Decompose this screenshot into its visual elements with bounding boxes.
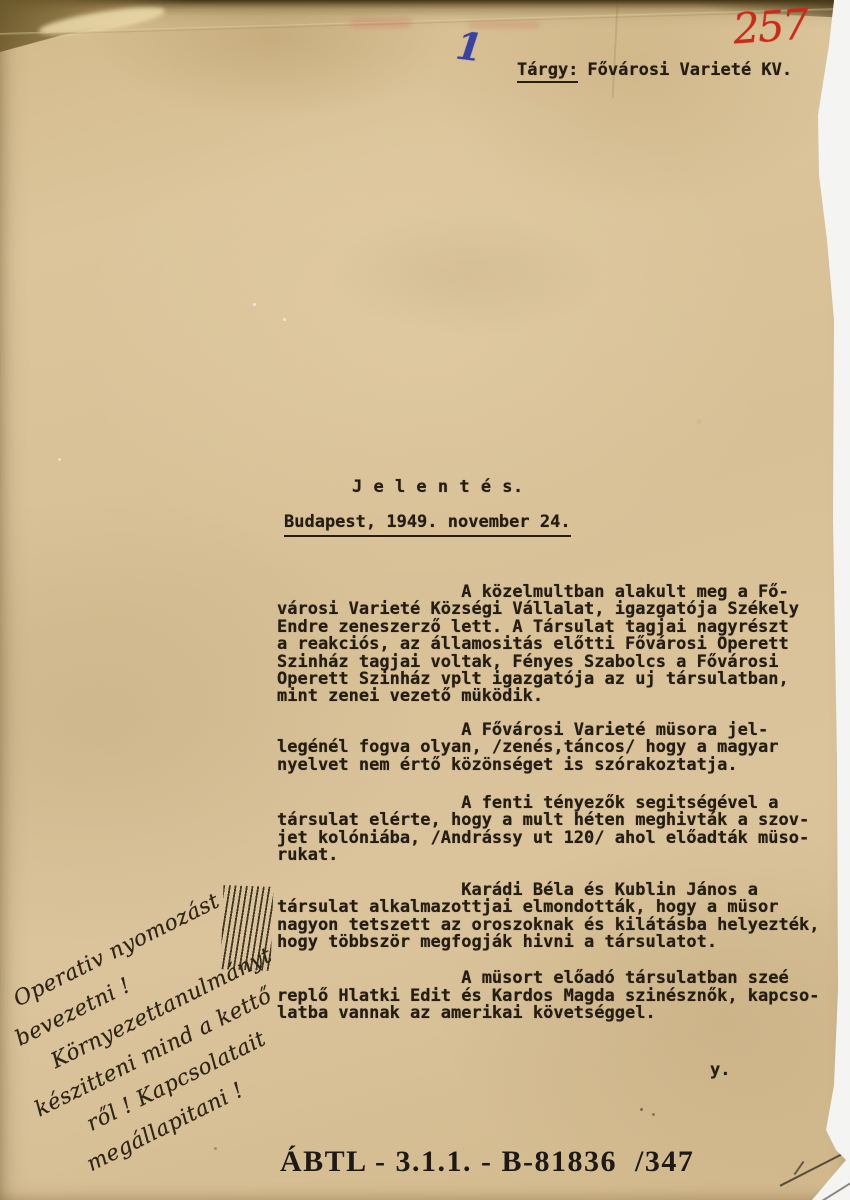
archive-reference-stamp: ÁBTL - 3.1.1. - B-81836 /347: [280, 1145, 694, 1179]
report-title: J e l e n t é s.: [352, 477, 524, 497]
pencil-stroke: [780, 1151, 847, 1186]
signature-initial: y.: [710, 1060, 730, 1080]
faded-red-smudge: [350, 18, 412, 28]
report-dateline: Budapest, 1949. november 24.: [284, 512, 571, 537]
paragraph-4: Karádi Béla és Kublin János a társulat a…: [277, 882, 842, 952]
report-body: A közelmultban alakult meg a Fő- városi …: [277, 584, 842, 1023]
subject-value: Fővárosi Varieté KV.: [587, 60, 792, 80]
paragraph-1: A közelmultban alakult meg a Fő- városi …: [277, 584, 842, 706]
scanned-document: 1 257 Tárgy:Fővárosi Varieté KV. J e l e…: [0, 0, 850, 1200]
handwritten-hatch-marks: [221, 885, 274, 971]
paragraph-3: A fenti tényezők segitségével a társulat…: [277, 795, 842, 865]
crease-line: [612, 6, 619, 98]
subject-line: Tárgy:Fővárosi Varieté KV.: [517, 60, 792, 80]
paragraph-2: A Fővárosi Varieté müsora jel- legénél f…: [277, 722, 842, 774]
handwritten-blue-number: 1: [453, 23, 485, 71]
handwritten-red-page-number: 257: [731, 0, 808, 54]
paper-sheet: 1 257 Tárgy:Fővárosi Varieté KV. J e l e…: [0, 0, 850, 1200]
paper-specks: [0, 0, 3, 3]
subject-label: Tárgy:: [517, 60, 578, 83]
